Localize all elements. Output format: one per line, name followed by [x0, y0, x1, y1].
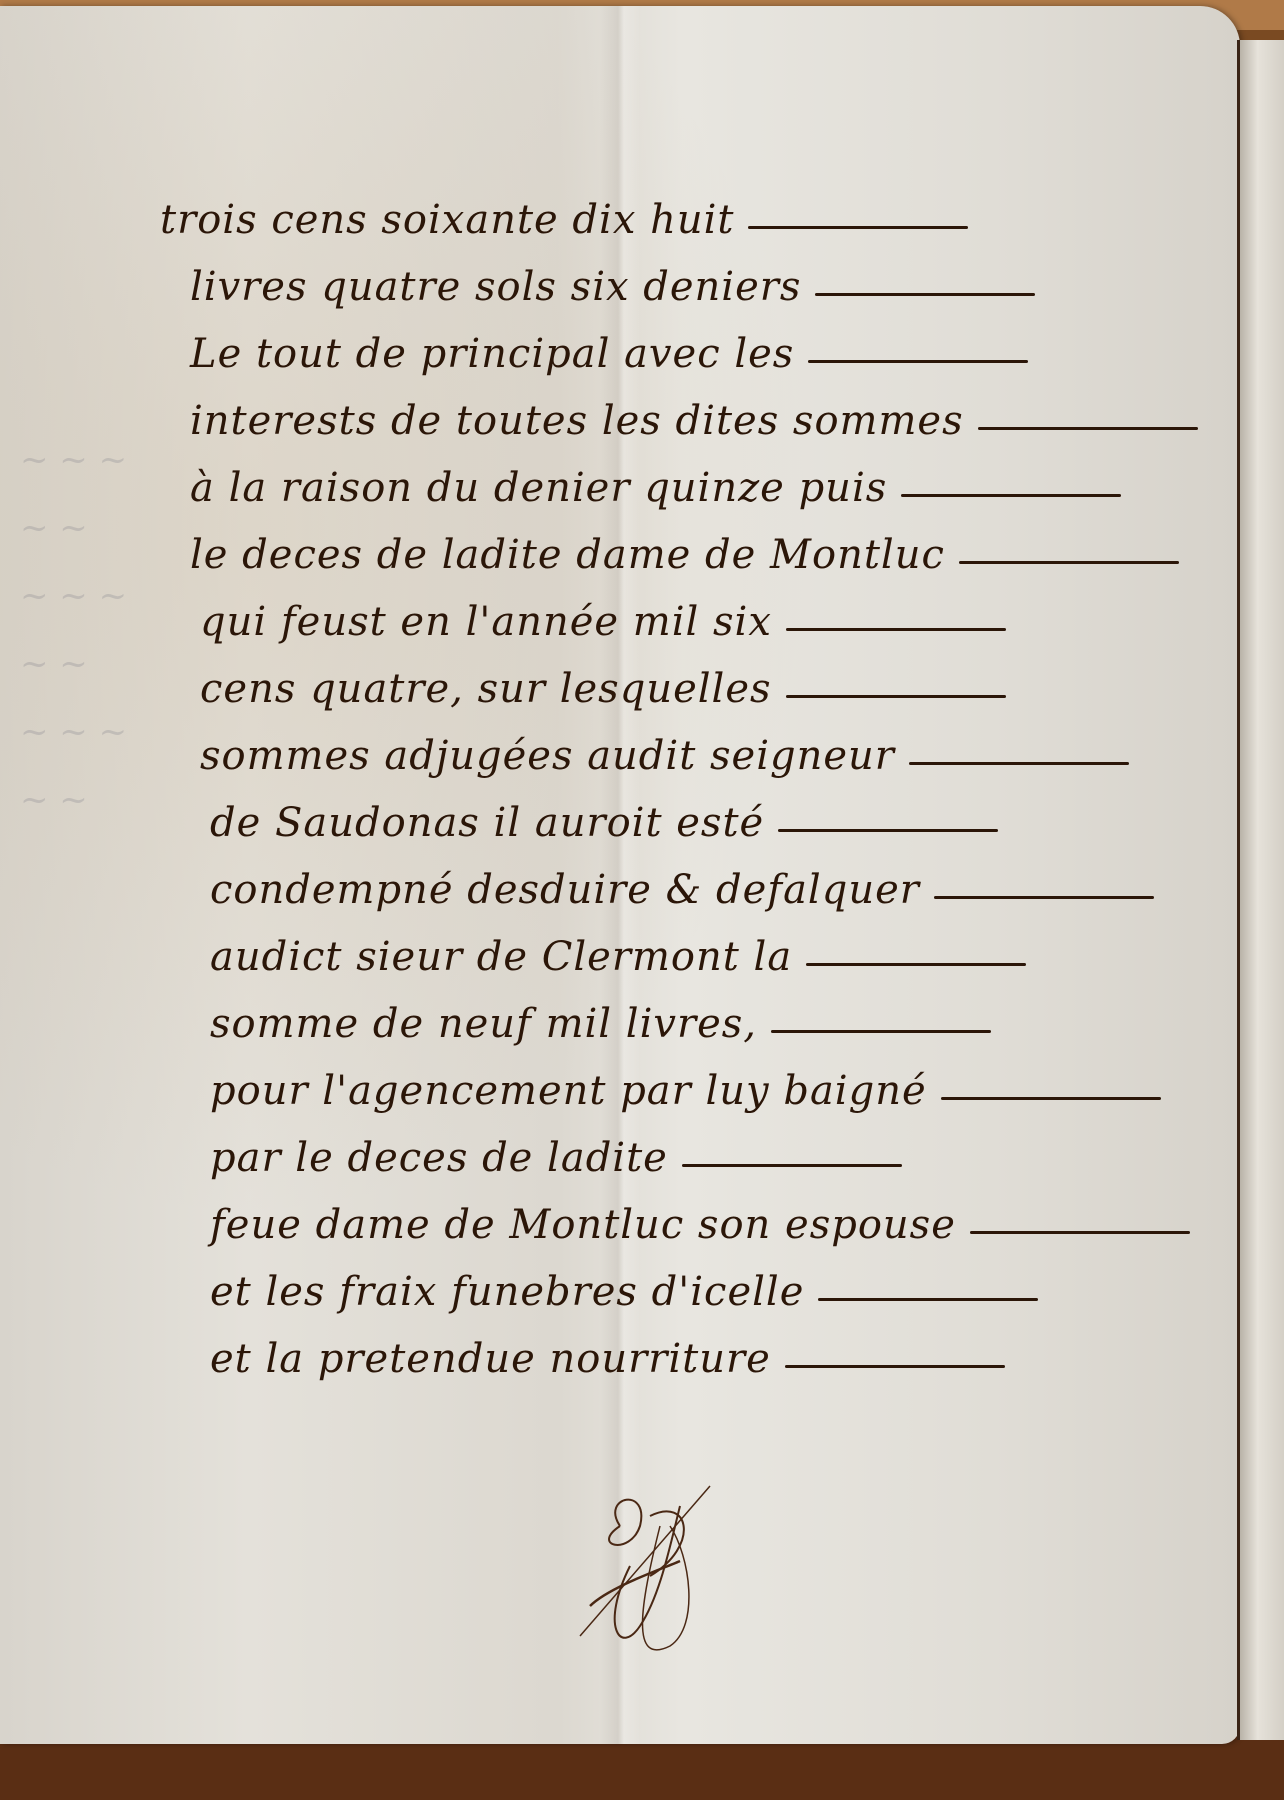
manuscript-line-text: qui feust en l'année mil six: [200, 599, 772, 645]
manuscript-line: audict sieur de Clermont la: [160, 913, 1240, 980]
manuscript-line-text: sommes adjugées audit seigneur: [200, 733, 895, 779]
line-filler-stroke: [934, 896, 1154, 899]
manuscript-line: feue dame de Montluc son espouse: [160, 1181, 1240, 1248]
manuscript-line: somme de neuf mil livres,: [160, 980, 1240, 1047]
line-filler-stroke: [901, 494, 1121, 497]
manuscript-line: pour l'agencement par luy baigné: [160, 1047, 1240, 1114]
line-filler-stroke: [806, 963, 1026, 966]
line-filler-stroke: [785, 1365, 1005, 1368]
manuscript-page: ~ ~ ~~ ~~ ~ ~~ ~~ ~ ~~ ~ trois cens soix…: [0, 6, 1240, 1744]
signature-paraph-icon: [560, 1466, 740, 1666]
manuscript-line: Le tout de principal avec les: [160, 310, 1240, 377]
adjacent-page-edge: [1237, 40, 1284, 1740]
manuscript-line-text: trois cens soixante dix huit: [160, 197, 734, 243]
manuscript-line-text: audict sieur de Clermont la: [210, 934, 792, 980]
line-filler-stroke: [815, 293, 1035, 296]
line-filler-stroke: [778, 829, 998, 832]
manuscript-line-text: pour l'agencement par luy baigné: [210, 1068, 927, 1114]
manuscript-line-text: feue dame de Montluc son espouse: [210, 1202, 956, 1248]
manuscript-line-text: livres quatre sols six deniers: [190, 264, 801, 310]
line-filler-stroke: [808, 360, 1028, 363]
manuscript-line-text: cens quatre, sur lesquelles: [200, 666, 772, 712]
manuscript-line-text: à la raison du denier quinze puis: [190, 465, 887, 511]
line-filler-stroke: [748, 226, 968, 229]
line-filler-stroke: [771, 1030, 991, 1033]
manuscript-line-text: par le deces de ladite: [210, 1135, 668, 1181]
manuscript-line-text: Le tout de principal avec les: [190, 331, 794, 377]
manuscript-line-text: interests de toutes les dites sommes: [190, 398, 964, 444]
line-filler-stroke: [978, 427, 1198, 430]
line-filler-stroke: [959, 561, 1179, 564]
line-filler-stroke: [786, 628, 1006, 631]
manuscript-line-text: somme de neuf mil livres,: [210, 1001, 757, 1047]
handwritten-text-block: trois cens soixante dix huitlivres quatr…: [160, 176, 1240, 1382]
manuscript-line: sommes adjugées audit seigneur: [160, 712, 1240, 779]
manuscript-line: par le deces de ladite: [160, 1114, 1240, 1181]
manuscript-line: trois cens soixante dix huit: [160, 176, 1240, 243]
line-filler-stroke: [682, 1164, 902, 1167]
line-filler-stroke: [909, 762, 1129, 765]
manuscript-line: le deces de ladite dame de Montluc: [160, 511, 1240, 578]
manuscript-line-text: et les fraix funebres d'icelle: [210, 1269, 804, 1315]
line-filler-stroke: [786, 695, 1006, 698]
manuscript-line: de Saudonas il auroit esté: [160, 779, 1240, 846]
manuscript-line-text: et la pretendue nourriture: [210, 1336, 771, 1382]
manuscript-line: livres quatre sols six deniers: [160, 243, 1240, 310]
line-filler-stroke: [970, 1231, 1190, 1234]
manuscript-line-text: condempné desduire & defalquer: [210, 867, 920, 913]
manuscript-line: cens quatre, sur lesquelles: [160, 645, 1240, 712]
manuscript-line: interests de toutes les dites sommes: [160, 377, 1240, 444]
line-filler-stroke: [818, 1298, 1038, 1301]
line-filler-stroke: [941, 1097, 1161, 1100]
manuscript-line-text: le deces de ladite dame de Montluc: [190, 532, 945, 578]
manuscript-line: et la pretendue nourriture: [160, 1315, 1240, 1382]
manuscript-line: à la raison du denier quinze puis: [160, 444, 1240, 511]
manuscript-line: qui feust en l'année mil six: [160, 578, 1240, 645]
manuscript-line: et les fraix funebres d'icelle: [160, 1248, 1240, 1315]
manuscript-line-text: de Saudonas il auroit esté: [210, 800, 764, 846]
manuscript-line: condempné desduire & defalquer: [160, 846, 1240, 913]
